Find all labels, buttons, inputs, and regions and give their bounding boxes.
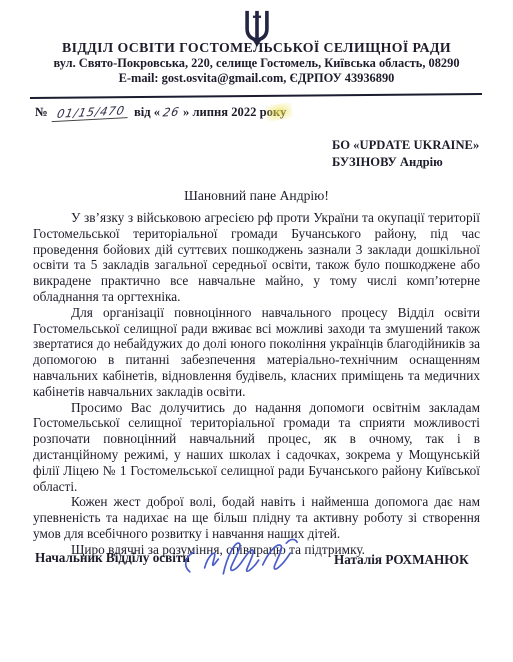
letter-body: У зв’язку з військовою агресією рф проти… <box>33 210 480 558</box>
recipient-organization: БО «UPDATE UKRAINE» <box>332 137 479 154</box>
recipient-person: БУЗІНОВУ Андрію <box>332 154 479 171</box>
reference-line: № 01/15/470 від « 26 » липня 2022 року <box>35 105 286 120</box>
handwritten-signature <box>178 532 306 590</box>
header-divider <box>30 93 482 99</box>
signer-position: Начальник Відділу освіти <box>35 550 190 566</box>
ref-date-handwritten: 26 <box>162 104 181 119</box>
recipient-block: БО «UPDATE UKRAINE» БУЗІНОВУ Андрію <box>332 137 479 170</box>
signer-name: Наталія РОХМАНЮК <box>334 552 469 568</box>
highlighter-smudge <box>265 102 293 122</box>
body-paragraph: Для організації повноцінного навчального… <box>33 305 480 400</box>
ref-number-prefix: № <box>35 105 48 119</box>
organization-email-line: E-mail: gost.osvita@gmail.com, ЄДРПОУ 43… <box>0 71 513 86</box>
body-paragraph: У зв’язку з військовою агресією рф проти… <box>33 210 480 305</box>
salutation: Шановний пане Андрію! <box>0 188 513 204</box>
ref-date-pre: від « <box>134 105 160 119</box>
official-letter-page: ВІДДІЛ ОСВІТИ ГОСТОМЕЛЬСЬКОЇ СЕЛИЩНОЇ РА… <box>0 0 513 662</box>
organization-title: ВІДДІЛ ОСВІТИ ГОСТОМЕЛЬСЬКОЇ СЕЛИЩНОЇ РА… <box>0 40 513 56</box>
signature-block: Начальник Відділу освіти Наталія РОХМАНЮ… <box>0 546 513 606</box>
body-paragraph: Просимо Вас долучитись до надання допомо… <box>33 400 480 495</box>
ref-number-handwritten: 01/15/470 <box>51 103 130 122</box>
organization-address: вул. Свято-Покровська, 220, селище Госто… <box>0 56 513 71</box>
